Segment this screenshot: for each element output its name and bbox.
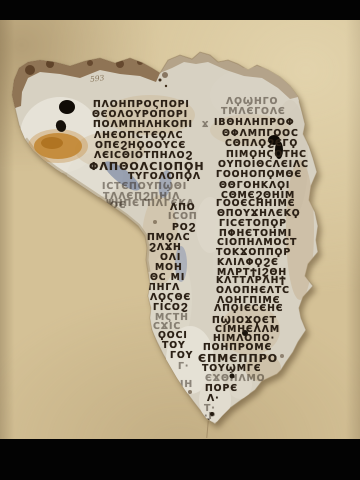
ochre-stain [28, 129, 88, 163]
manuscript-photo: 593 Ϫ ΠΛΟΗΠΡΟϚΠΟΡΙΘЄΟΛΟΥΡΟΠΟΡΙΠΟΛΜΠΗΛΗΚΟ… [0, 0, 360, 480]
parchment-fragment-image [0, 0, 360, 480]
top-letterbox-bar [0, 0, 360, 20]
bottom-letterbox-bar [0, 439, 360, 480]
